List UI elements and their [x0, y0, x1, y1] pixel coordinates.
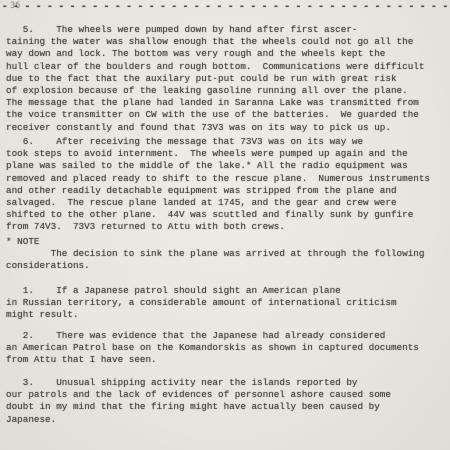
paragraph-6: 6. After receiving the message that 73V3…: [6, 136, 430, 234]
note-section: * NOTE The decision to sink the plane wa…: [6, 236, 424, 273]
top-dashed-separator: - - - - - - - - - - - - - - - - - - - - …: [2, 1, 448, 12]
consideration-item-2: 2. There was evidence that the Japanese …: [6, 330, 419, 367]
scanned-document-page: - - - - - - - - - - - - - - - - - - - - …: [0, 0, 450, 450]
consideration-item-1: 1. If a Japanese patrol should sight an …: [6, 285, 397, 322]
separator-overstrike-mark: 36: [10, 0, 20, 12]
paragraph-5: 5. The wheels were pumped down by hand a…: [6, 24, 424, 134]
consideration-item-3: 3. Unusual shipping activity near the is…: [6, 377, 391, 426]
